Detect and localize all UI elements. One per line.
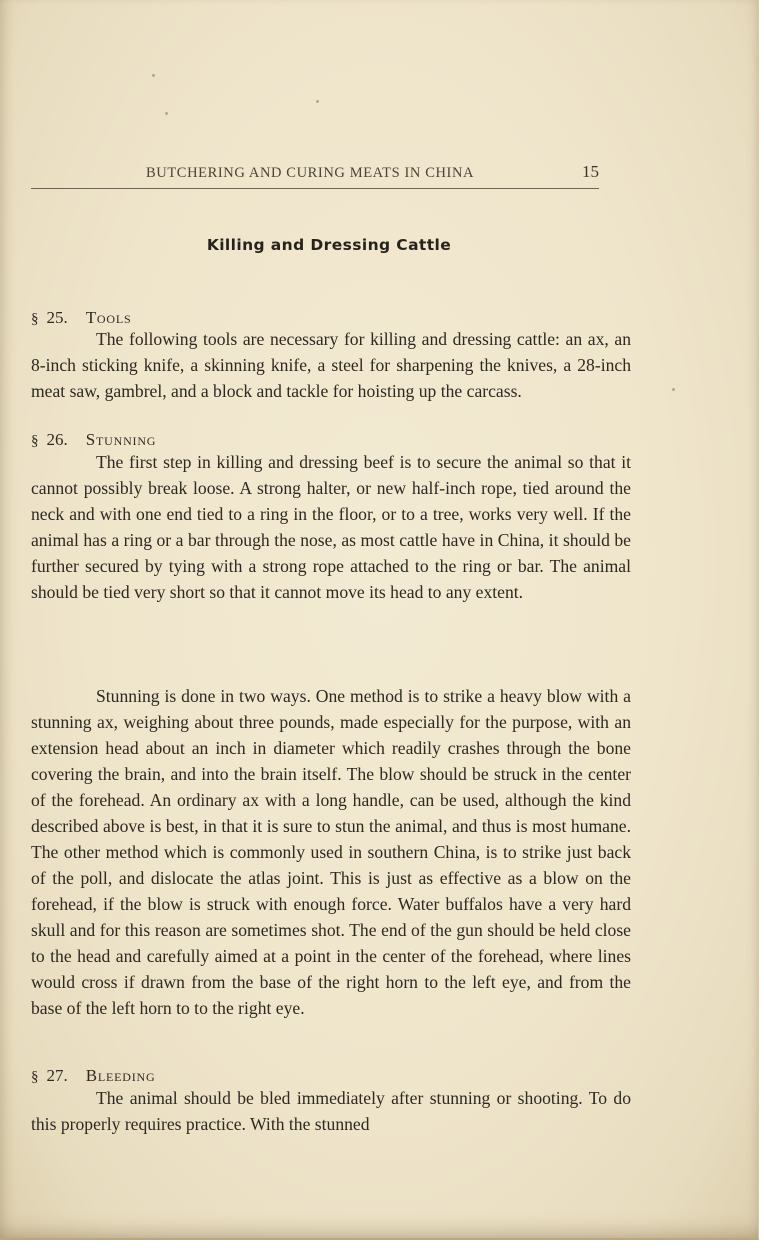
paper-speck (165, 112, 168, 115)
section-heading-bleeding: § 27. Bleeding (31, 1066, 155, 1086)
book-page: BUTCHERING AND CURING MEATS IN CHINA 15 … (0, 0, 759, 1240)
section-number: 26. (47, 430, 68, 450)
paragraph-tools: The following tools are necessary for ki… (31, 326, 631, 404)
paper-speck (152, 74, 155, 77)
section-name: Bleeding (86, 1066, 156, 1086)
paragraph-stunning-methods: Stunning is done in two ways. One method… (31, 683, 631, 1021)
paragraph-stunning-securing: The first step in killing and dressing b… (31, 449, 631, 605)
section-name: Tools (86, 308, 132, 328)
section-number: 27. (47, 1066, 68, 1086)
running-header: BUTCHERING AND CURING MEATS IN CHINA 15 (31, 162, 599, 184)
section-number: 25. (47, 308, 68, 328)
paragraph-bleeding: The animal should be bled immediately af… (31, 1085, 631, 1137)
paper-speck (672, 388, 675, 391)
chapter-title: Killing and Dressing Cattle (0, 236, 658, 254)
section-mark-icon: § (31, 1069, 39, 1086)
section-heading-stunning: § 26. Stunning (31, 430, 156, 450)
running-header-title: BUTCHERING AND CURING MEATS IN CHINA (146, 165, 474, 182)
page-number: 15 (582, 162, 599, 182)
section-mark-icon: § (31, 433, 39, 450)
section-name: Stunning (86, 430, 157, 450)
header-rule (31, 188, 599, 189)
section-heading-tools: § 25. Tools (31, 308, 131, 328)
paper-speck (316, 100, 319, 103)
